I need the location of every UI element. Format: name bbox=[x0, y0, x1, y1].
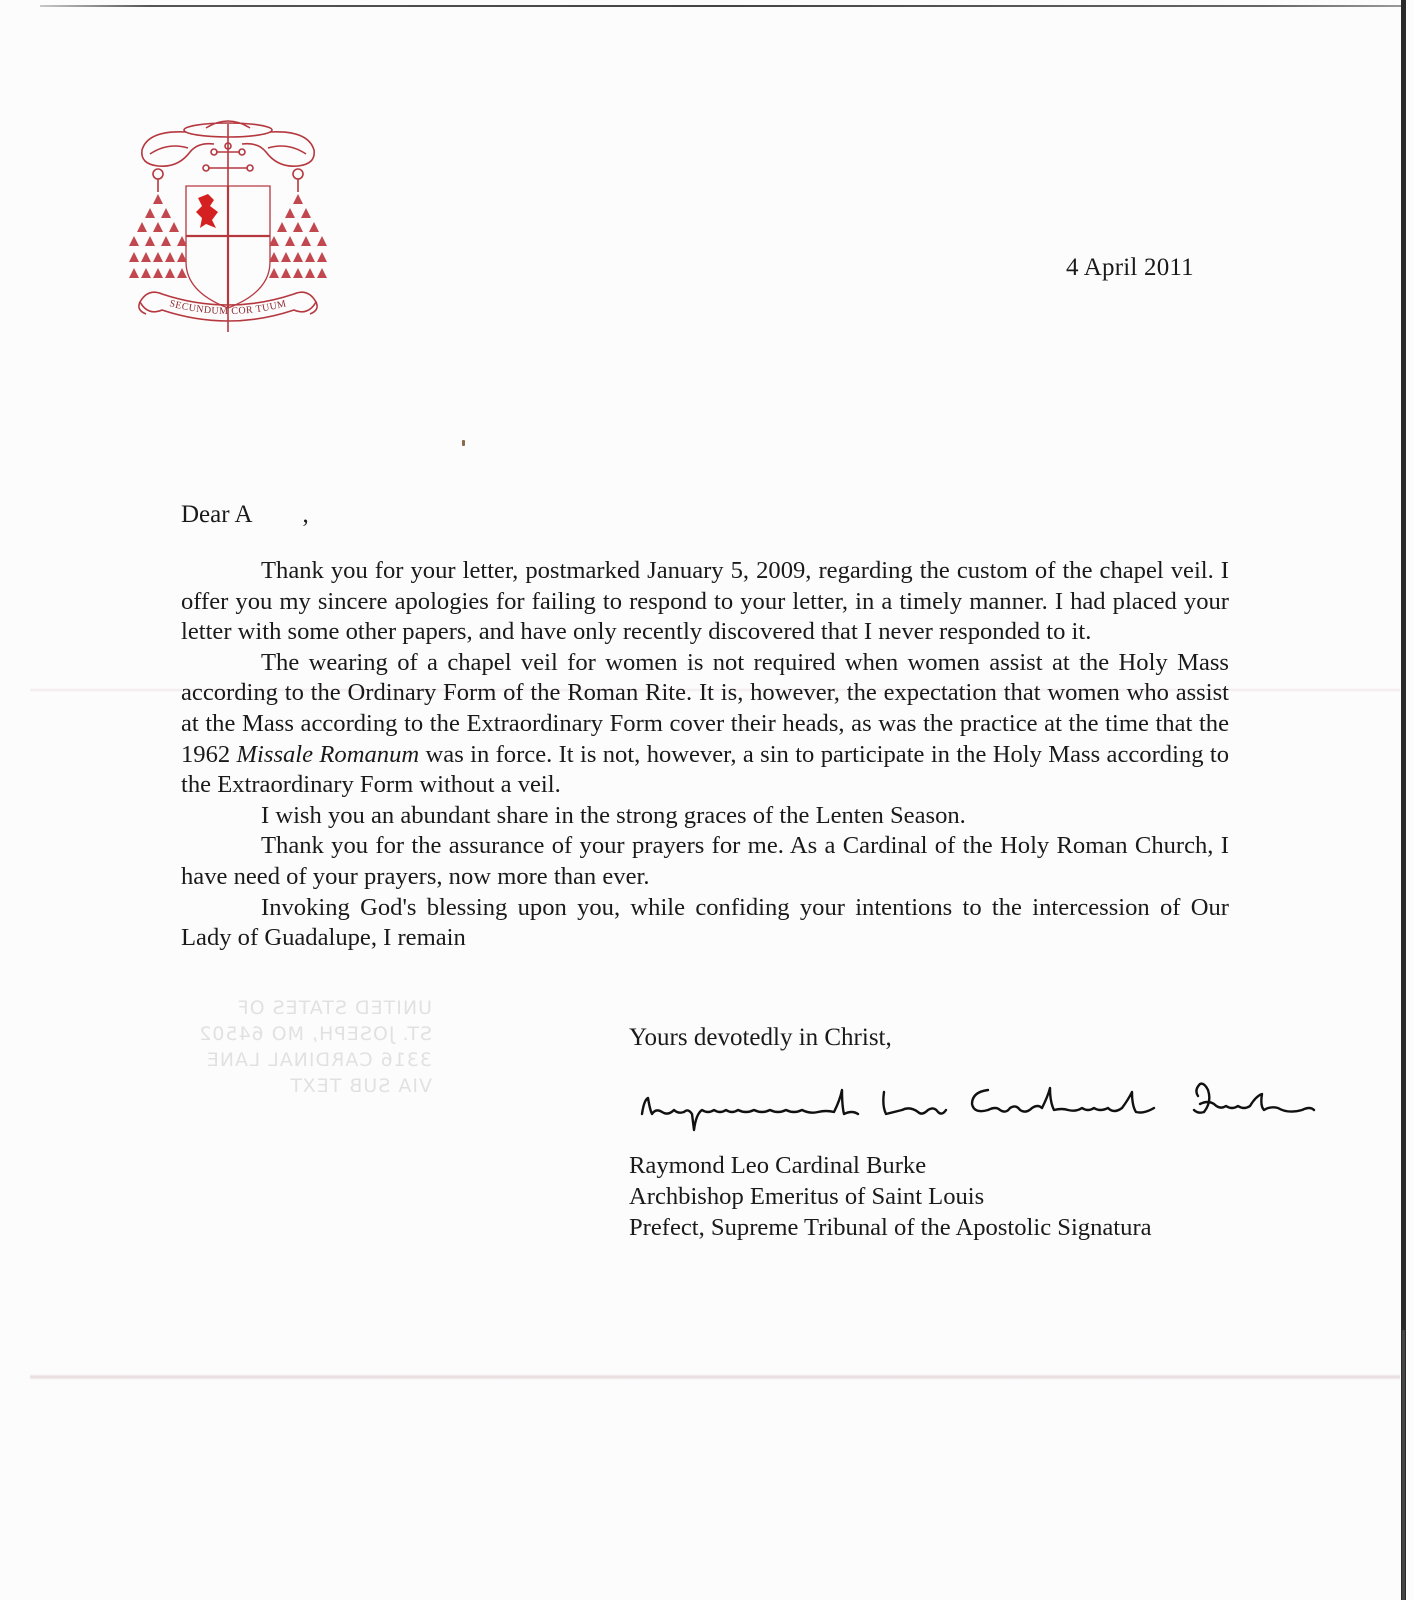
signatory-title-1: Archbishop Emeritus of Saint Louis bbox=[629, 1181, 1152, 1212]
stamp-line: 3316 CARDINAL LANE bbox=[182, 1047, 432, 1073]
letter-page: SECUNDUM COR TUUM 4 April 2011 Dear A, T… bbox=[0, 0, 1414, 1600]
missale-romanum-title: Missale Romanum bbox=[237, 741, 420, 768]
letter-body: Thank you for your letter, postmarked Ja… bbox=[181, 556, 1229, 954]
paragraph-1: Thank you for your letter, postmarked Ja… bbox=[181, 556, 1229, 648]
paragraph-2: The wearing of a chapel veil for women i… bbox=[181, 648, 1229, 801]
closing-line: Yours devotedly in Christ, bbox=[629, 1024, 892, 1052]
paragraph-4: Thank you for the assurance of your pray… bbox=[181, 831, 1229, 892]
coat-of-arms-icon: SECUNDUM COR TUUM bbox=[128, 112, 328, 342]
stamp-line: ST. JOSEPH, MO 64502 bbox=[182, 1021, 432, 1047]
salutation-text: Dear A bbox=[181, 501, 253, 528]
handwritten-signature: Raymond Leo Cardinal Burke bbox=[638, 1070, 1318, 1140]
right-page-edge-lower bbox=[1402, 1330, 1405, 1600]
paragraph-5: Invoking God's blessing upon you, while … bbox=[181, 893, 1229, 954]
salutation: Dear A, bbox=[181, 501, 309, 529]
signatory-block: Raymond Leo Cardinal Burke Archbishop Em… bbox=[629, 1150, 1152, 1243]
paragraph-3: I wish you an abundant share in the stro… bbox=[181, 801, 1229, 832]
stamp-line: VIA SUB TEXT bbox=[182, 1073, 432, 1099]
top-border-line bbox=[40, 5, 1402, 7]
signatory-title-2: Prefect, Supreme Tribunal of the Apostol… bbox=[629, 1212, 1152, 1243]
salutation-comma: , bbox=[303, 501, 309, 528]
letter-date: 4 April 2011 bbox=[1066, 254, 1194, 282]
fold-line-bottom bbox=[30, 1374, 1400, 1380]
signatory-name: Raymond Leo Cardinal Burke bbox=[629, 1150, 1152, 1181]
faded-stamp-bleedthrough: UNITED STATES OF ST. JOSEPH, MO 64502 33… bbox=[182, 995, 432, 1099]
stamp-line: UNITED STATES OF bbox=[182, 995, 432, 1021]
ink-speck bbox=[462, 440, 465, 446]
